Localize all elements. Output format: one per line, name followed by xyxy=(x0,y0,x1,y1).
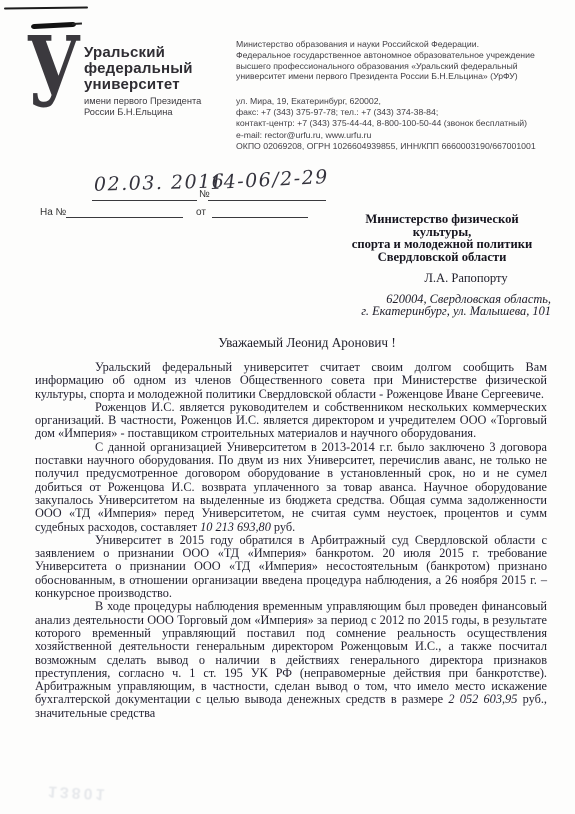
ministry-line: Федеральное государственное автономное о… xyxy=(236,50,558,61)
recipient-org-line: Свердловской области xyxy=(336,251,548,264)
contact-line: контакт-центр: +7 (343) 375-44-44, 8-800… xyxy=(236,118,561,129)
number-sign-label: № xyxy=(199,189,210,200)
contact-line: факс: +7 (343) 375-97-78; тел.: +7 (343)… xyxy=(236,107,561,118)
recipient-org-line: спорта и молодежной политики xyxy=(336,238,548,251)
contact-line: ОКПО 02069208, ОГРН 1026604939855, ИНН/К… xyxy=(236,141,561,152)
scan-artifact-line xyxy=(4,6,88,9)
university-subtitle-line: России Б.Н.Ельцина xyxy=(84,107,201,118)
date-underline xyxy=(92,200,197,201)
ministry-line: высшего профессионального образования «У… xyxy=(236,61,558,72)
paragraph-text: Уральский федеральный университет считае… xyxy=(35,360,547,401)
na-number-underline xyxy=(66,217,183,218)
ministry-block: Министерство образования и науки Российс… xyxy=(236,39,558,82)
body-paragraph: В ходе процедуры наблюдения временным уп… xyxy=(35,600,547,720)
body-paragraph: С данной организацией Университетом в 20… xyxy=(35,441,547,534)
ministry-line: Министерство образования и науки Российс… xyxy=(236,39,558,50)
university-subtitle-line: имени первого Президента xyxy=(84,96,201,107)
ministry-line: университет имени первого Президента Рос… xyxy=(236,71,558,82)
number-underline xyxy=(208,200,326,201)
paragraph-text: В ходе процедуры наблюдения временным уп… xyxy=(35,599,547,706)
amount-value: 10 213 693,80 xyxy=(200,520,271,534)
contact-line: e-mail: rector@urfu.ru, www.urfu.ru xyxy=(236,130,561,141)
recipient-organization: Министерство физической культуры, спорта… xyxy=(336,213,548,263)
paragraph-text: Университет в 2015 году обратился в Арби… xyxy=(35,533,547,600)
scanned-letter-page: У Уральский федеральный университет имен… xyxy=(0,0,575,814)
recipient-address: 620004, Свердловская область, г. Екатери… xyxy=(299,293,551,317)
recipient-address-line: г. Екатеринбург, ул. Малышева, 101 xyxy=(299,305,551,317)
contact-line: ул. Мира, 19, Екатеринбург, 620002, xyxy=(236,96,561,107)
university-subtitle: имени первого Президента России Б.Н.Ельц… xyxy=(84,96,201,118)
faint-bleedthrough-mark: 13801 xyxy=(48,781,108,802)
ot-underline xyxy=(212,217,308,218)
university-name: Уральский федеральный университет xyxy=(84,45,193,93)
body-paragraph: Уральский федеральный университет считае… xyxy=(35,361,547,401)
urfu-logo-icon: У xyxy=(26,24,81,121)
university-name-line: Уральский xyxy=(84,45,193,61)
salutation: Уважаемый Леонид Аронович ! xyxy=(60,335,554,351)
letter-body: Уральский федеральный университет считае… xyxy=(35,361,547,720)
handwritten-number: 14-06/2-29 xyxy=(210,166,330,194)
body-paragraph: Университет в 2015 году обратился в Арби… xyxy=(35,534,547,600)
recipient-org-line: Министерство физической культуры, xyxy=(336,213,548,238)
na-number-label: На № xyxy=(40,207,66,218)
university-name-line: федеральный xyxy=(84,61,193,77)
contacts-block: ул. Мира, 19, Екатеринбург, 620002, факс… xyxy=(236,96,561,152)
amount-value: 2 052 603,95 xyxy=(448,692,517,706)
university-name-line: университет xyxy=(84,77,193,93)
paragraph-text: Роженцов И.С. является руководителем и с… xyxy=(35,400,547,441)
paragraph-text: руб. xyxy=(271,520,295,534)
recipient-person: Л.А. Рапопорту xyxy=(380,271,552,286)
body-paragraph: Роженцов И.С. является руководителем и с… xyxy=(35,401,547,441)
ot-label: от xyxy=(196,207,206,218)
